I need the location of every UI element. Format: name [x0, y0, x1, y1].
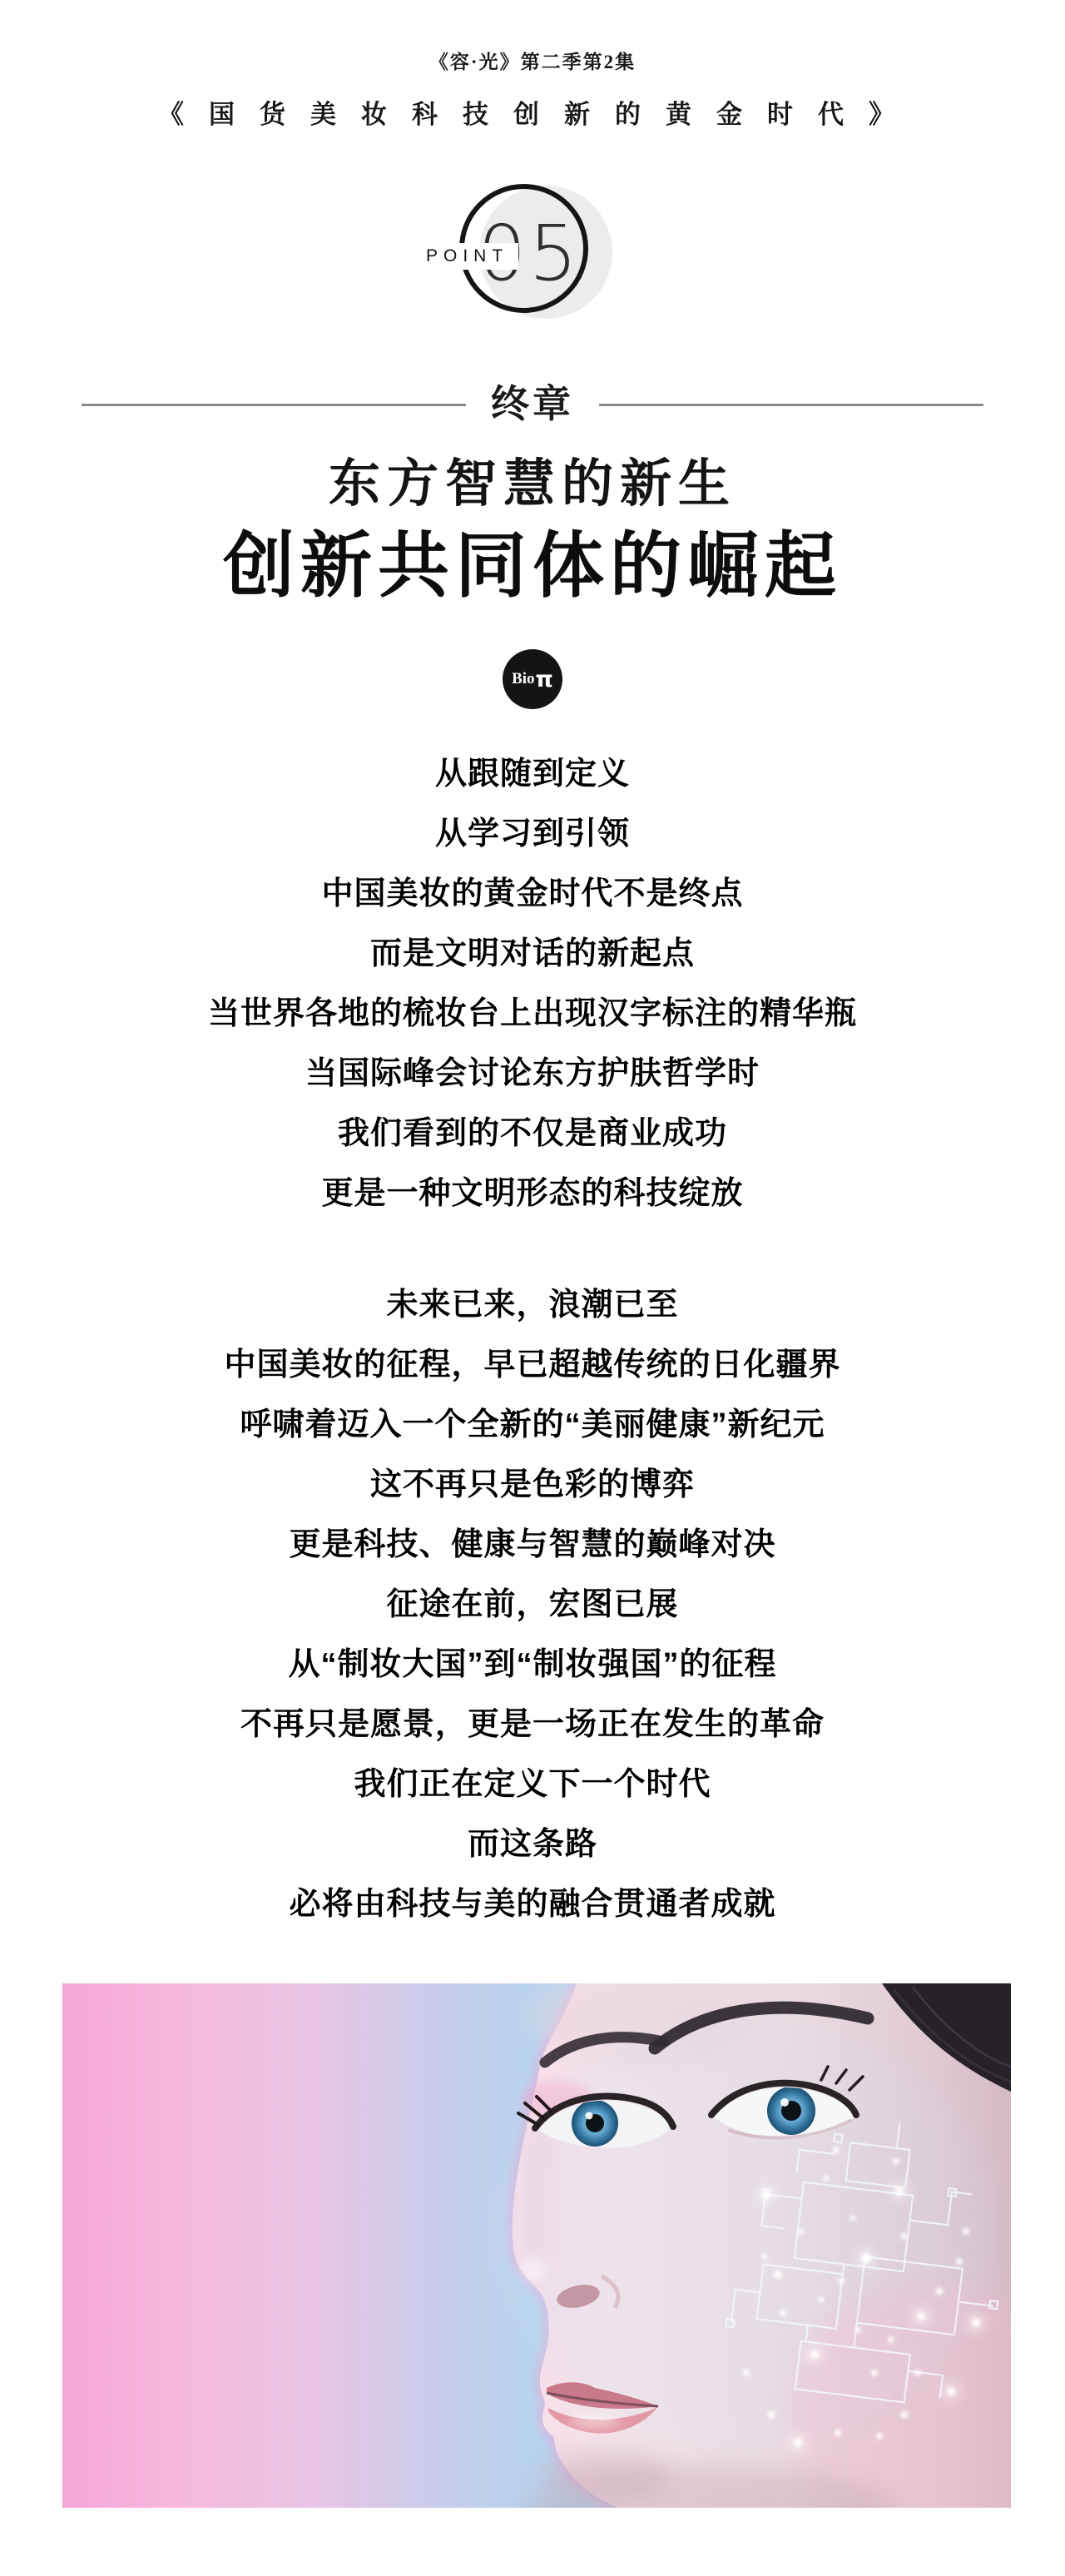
kicker-row: 终章: [0, 375, 1065, 434]
section-subtitle: 东方智慧的新生: [0, 454, 1065, 515]
body-text: 从跟随到定义 从学习到引领 中国美妆的黄金时代不是终点 而是文明对话的新起点 当…: [0, 744, 1065, 1934]
body-line: 当国际峰会讨论东方护肤哲学时: [0, 1044, 1065, 1104]
stanza-1: 从跟随到定义 从学习到引领 中国美妆的黄金时代不是终点 而是文明对话的新起点 当…: [0, 744, 1065, 1223]
section-title: 创新共同体的崛起: [0, 522, 1065, 610]
album-title: 《国货美妆科技创新的黄金时代》: [0, 97, 1065, 133]
body-line: 从学习到引领: [0, 804, 1065, 864]
body-line: 更是科技、健康与智慧的巅峰对决: [0, 1515, 1065, 1575]
divider-left: [82, 404, 466, 406]
body-line: 中国美妆的征程，早已超越传统的日化疆界: [0, 1335, 1065, 1395]
point-label: POINT: [424, 243, 518, 270]
bio-pi-logo-text: Bio: [512, 670, 534, 688]
bio-pi-logo: Bio π: [503, 649, 562, 709]
hero-image: [62, 1983, 1011, 2508]
body-line: 更是一种文明形态的科技绽放: [0, 1164, 1065, 1223]
article-page: 《容·光》第二季第2集 《国货美妆科技创新的黄金时代》 05 POINT 终章 …: [0, 0, 1065, 2576]
body-line: 这不再只是色彩的博弈: [0, 1455, 1065, 1515]
body-line: 必将由科技与美的融合贯通者成就: [0, 1874, 1065, 1934]
section-kicker: 终章: [491, 375, 574, 434]
body-line: 征途在前，宏图已展: [0, 1575, 1065, 1635]
body-line: 未来已来，浪潮已至: [0, 1275, 1065, 1335]
body-line: 而是文明对话的新起点: [0, 924, 1065, 984]
body-line: 当世界各地的梳妆台上出现汉字标注的精华瓶: [0, 984, 1065, 1044]
point-badge: 05 POINT: [424, 184, 641, 325]
stanza-2: 未来已来，浪潮已至 中国美妆的征程，早已超越传统的日化疆界 呼啸着迈入一个全新的…: [0, 1275, 1065, 1934]
body-line: 中国美妆的黄金时代不是终点: [0, 864, 1065, 924]
pi-symbol: π: [536, 668, 553, 691]
divider-right: [599, 404, 983, 406]
body-line: 而这条路: [0, 1814, 1065, 1874]
body-line: 呼啸着迈入一个全新的“美丽健康”新纪元: [0, 1395, 1065, 1455]
series-title: 《容·光》第二季第2集: [0, 48, 1065, 77]
hero-image-canvas: [62, 1983, 1011, 2508]
body-line: 从跟随到定义: [0, 744, 1065, 804]
body-line: 我们正在定义下一个时代: [0, 1755, 1065, 1814]
body-line: 我们看到的不仅是商业成功: [0, 1104, 1065, 1164]
body-line: 不再只是愿景，更是一场正在发生的革命: [0, 1695, 1065, 1755]
body-line: 从“制妆大国”到“制妆强国”的征程: [0, 1635, 1065, 1695]
